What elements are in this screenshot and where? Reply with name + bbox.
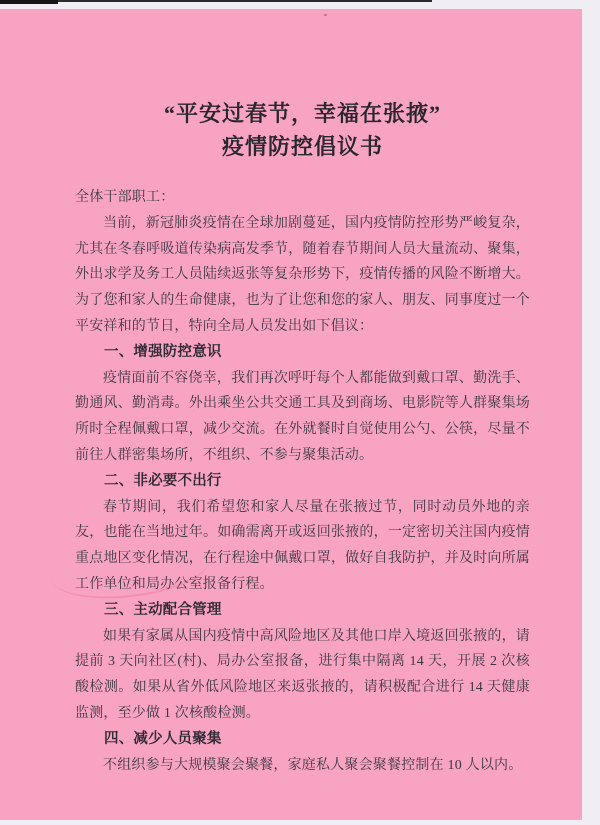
section-3-body: 如果有家属从国内疫情中高风险地区及其他口岸入境返回张掖的，请提前 3 天向社区(… bbox=[75, 624, 530, 727]
document-paper: “平安过春节，幸福在张掖” 疫情防控倡议书 全体干部职工： 当前，新冠肺炎疫情在… bbox=[0, 9, 582, 820]
section-2-body: 春节期间，我们希望您和家人尽量在张掖过节，同时动员外地的亲友，也能在当地过年。如… bbox=[75, 495, 530, 598]
section-4-heading: 四、减少人员聚集 bbox=[75, 727, 530, 753]
section-1-heading: 一、增强防控意识 bbox=[75, 340, 530, 366]
section-1-body: 疫情面前不容侥幸，我们再次呼吁每个人都能做到戴口罩、勤洗手、勤通风、勤消毒。外出… bbox=[75, 366, 530, 469]
document-title-block: “平安过春节，幸福在张掖” 疫情防控倡议书 bbox=[75, 97, 530, 163]
intro-paragraph: 当前，新冠肺炎疫情在全球加剧蔓延，国内疫情防控形势严峻复杂，尤其在冬春呼吸道传染… bbox=[75, 211, 530, 340]
section-2-heading: 二、非必要不出行 bbox=[75, 469, 530, 495]
document-title-line2: 疫情防控倡议书 bbox=[75, 130, 530, 163]
scan-speck bbox=[324, 14, 327, 16]
section-3-heading: 三、主动配合管理 bbox=[75, 598, 530, 624]
scan-speck bbox=[256, 764, 260, 767]
section-4-body: 不组织参与大规模聚会聚餐，家庭私人聚会聚餐控制在 10 人以内。 bbox=[75, 753, 530, 779]
scan-edge-corner bbox=[0, 0, 58, 4]
salutation: 全体干部职工： bbox=[75, 185, 530, 211]
document-title-line1: “平安过春节，幸福在张掖” bbox=[75, 97, 530, 130]
scan-edge-line bbox=[0, 0, 432, 2]
